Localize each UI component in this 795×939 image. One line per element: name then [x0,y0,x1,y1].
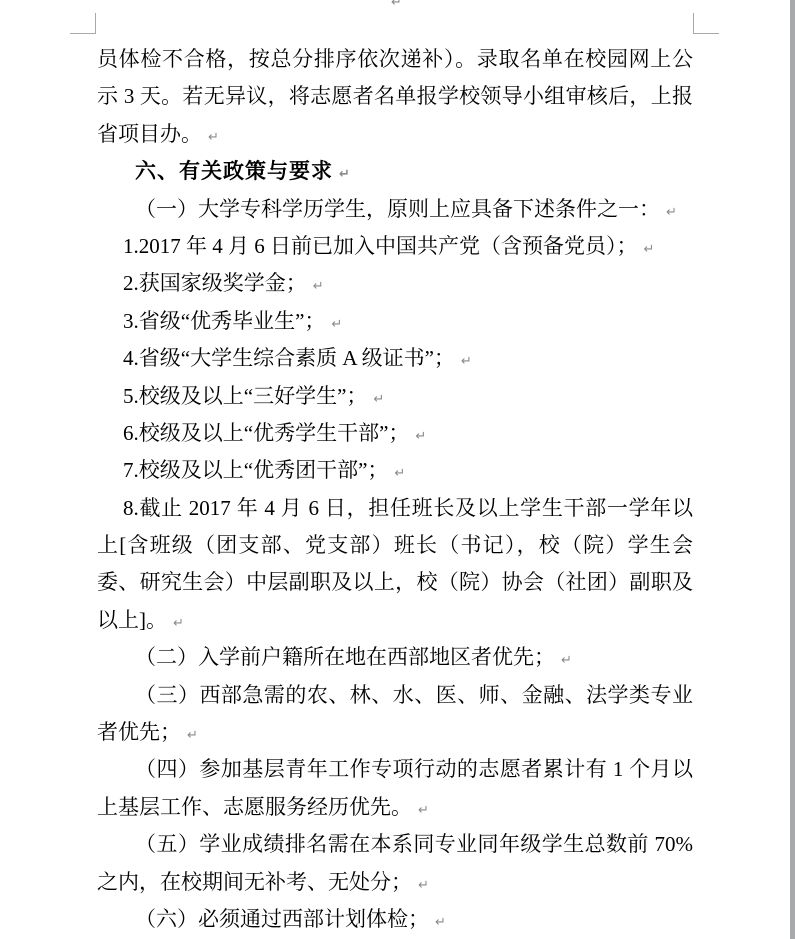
text-run: 省项目办。 [97,122,202,146]
text-run: 上基层工作、志愿服务经历优先。 [97,795,412,819]
paragraph-mark-icon: ↵ [644,242,655,257]
text-line[interactable]: 以上]。↵ [97,602,693,639]
text-line[interactable]: 员体检不合格，按总分排序依次递补）。录取名单在校园网上公 [97,41,693,78]
paragraph: 4.省级“大学生综合素质 A 级证书”；↵ [97,340,693,377]
text-line[interactable]: 8.截止 2017 年 4 月 6 日，担任班长及以上学生干部一学年以 [97,490,693,527]
paragraph-mark-icon: ↵ [418,878,429,893]
paragraph-mark-icon: ↵ [415,429,426,444]
paragraph-mark-icon: ↵ [313,279,324,294]
text-line[interactable]: 7.校级及以上“优秀团干部”；↵ [97,452,693,489]
paragraph: 6.校级及以上“优秀学生干部”；↵ [97,415,693,452]
paragraph: （三）西部急需的农、林、水、医、师、金融、法学类专业者优先；↵ [97,677,693,752]
text-line[interactable]: 省项目办。↵ [97,116,693,153]
paragraph-mark-icon: ↵ [331,317,342,332]
text-run: 上[含班级（团支部、党支部）班长（书记），校（院）学生会（团 [97,533,693,564]
text-line[interactable]: 者优先；↵ [97,714,693,751]
paragraph-mark-icon: ↵ [208,130,219,145]
text-line[interactable]: 2.获国家级奖学金；↵ [97,265,693,302]
document-page: ↵ 员体检不合格，按总分排序依次递补）。录取名单在校园网上公示 3 天。若无异议… [0,0,795,939]
text-line[interactable]: （六）必须通过西部计划体检；↵ [97,901,693,938]
paragraph: （六）必须通过西部计划体检；↵ [97,901,693,938]
text-run: 者优先； [97,720,181,744]
text-run: 8.截止 2017 年 4 月 6 日，担任班长及以上学生干部一学年以 [123,496,693,520]
paragraph-mark-icon: ↵ [435,915,446,930]
paragraph-mark-icon: ↵ [461,354,472,369]
text-run: 7.校级及以上“优秀团干部”； [123,458,388,482]
text-run: （五）学业成绩排名需在本系同专业同年级学生总数前 70% [135,832,693,856]
paragraph: （二）入学前户籍所在地在西部地区者优先；↵ [97,639,693,676]
paragraph-mark-icon: ↵ [666,205,677,220]
text-run: （二）入学前户籍所在地在西部地区者优先； [135,645,555,669]
paragraph: 8.截止 2017 年 4 月 6 日，担任班长及以上学生干部一学年以上[含班级… [97,490,693,640]
text-line[interactable]: 1.2017 年 4 月 6 日前已加入中国共产党（含预备党员）；↵ [97,228,693,265]
paragraph-mark-icon: ↵ [391,0,402,10]
text-line[interactable]: （三）西部急需的农、林、水、医、师、金融、法学类专业 [97,677,693,714]
text-run: （一）大学专科学历学生，原则上应具备下述条件之一： [135,197,660,221]
text-line[interactable]: （一）大学专科学历学生，原则上应具备下述条件之一：↵ [97,191,693,228]
paragraph-mark-icon: ↵ [394,466,405,481]
paragraph-mark-icon: ↵ [561,653,572,668]
crop-mark-top-right-icon [693,13,719,34]
text-run: 1.2017 年 4 月 6 日前已加入中国共产党（含预备党员）； [123,234,638,258]
window-background-strip [790,0,795,939]
text-line[interactable]: 6.校级及以上“优秀学生干部”；↵ [97,415,693,452]
text-run: 3.省级“优秀毕业生”； [123,309,325,333]
paragraph-mark-icon: ↵ [373,392,384,407]
section-heading: 六、有关政策与要求↵ [97,153,693,190]
text-run: 2.获国家级奖学金； [123,271,307,295]
paragraph: 2.获国家级奖学金；↵ [97,265,693,302]
text-run: 之内，在校期间无补考、无处分； [97,870,412,894]
paragraph-mark-icon: ↵ [187,728,198,743]
text-line[interactable]: （二）入学前户籍所在地在西部地区者优先；↵ [97,639,693,676]
paragraph-mark-icon: ↵ [418,803,429,818]
text-line[interactable]: 示 3 天。若无异议，将志愿者名单报学校领导小组审核后，上报 [97,78,693,115]
paragraph: （一）大学专科学历学生，原则上应具备下述条件之一：↵ [97,191,693,228]
text-line[interactable]: 六、有关政策与要求↵ [97,153,693,190]
text-line[interactable]: 上基层工作、志愿服务经历优先。↵ [97,789,693,826]
text-run: （六）必须通过西部计划体检； [135,907,429,931]
text-line[interactable]: 5.校级及以上“三好学生”；↵ [97,378,693,415]
paragraph: 3.省级“优秀毕业生”；↵ [97,303,693,340]
text-line[interactable]: （五）学业成绩排名需在本系同专业同年级学生总数前 70% [97,826,693,863]
text-run: 6.校级及以上“优秀学生干部”； [123,421,409,445]
text-run: 4.省级“大学生综合素质 A 级证书”； [123,346,455,370]
text-line[interactable]: 委、研究生会）中层副职及以上，校（院）协会（社团）副职及 [97,564,693,601]
text-line[interactable]: 上[含班级（团支部、党支部）班长（书记），校（院）学生会（团 [97,527,693,564]
text-run: （四）参加基层青年工作专项行动的志愿者累计有 1 个月以 [135,757,693,781]
document-body[interactable]: 员体检不合格，按总分排序依次递补）。录取名单在校园网上公示 3 天。若无异议，将… [97,41,693,938]
paragraph-mark-icon: ↵ [173,616,184,631]
paragraph: 1.2017 年 4 月 6 日前已加入中国共产党（含预备党员）；↵ [97,228,693,265]
text-run: 5.校级及以上“三好学生”； [123,384,367,408]
text-run: 以上]。 [97,608,167,632]
text-line[interactable]: 之内，在校期间无补考、无处分；↵ [97,864,693,901]
paragraph: 员体检不合格，按总分排序依次递补）。录取名单在校园网上公示 3 天。若无异议，将… [97,41,693,153]
text-run: （三）西部急需的农、林、水、医、师、金融、法学类专业 [135,683,693,707]
paragraph: 5.校级及以上“三好学生”；↵ [97,378,693,415]
text-run: 六、有关政策与要求 [135,160,333,183]
paragraph: 7.校级及以上“优秀团干部”；↵ [97,452,693,489]
text-run: 员体检不合格，按总分排序依次递补）。录取名单在校园网上公 [97,47,693,71]
text-run: 示 3 天。若无异议，将志愿者名单报学校领导小组审核后，上报 [97,84,693,108]
text-line[interactable]: 3.省级“优秀毕业生”；↵ [97,303,693,340]
paragraph: （四）参加基层青年工作专项行动的志愿者累计有 1 个月以上基层工作、志愿服务经历… [97,751,693,826]
text-run: 委、研究生会）中层副职及以上，校（院）协会（社团）副职及 [97,570,693,594]
text-line[interactable]: （四）参加基层青年工作专项行动的志愿者累计有 1 个月以 [97,751,693,788]
paragraph: （五）学业成绩排名需在本系同专业同年级学生总数前 70%之内，在校期间无补考、无… [97,826,693,901]
crop-mark-top-left-icon [70,13,96,34]
text-line[interactable]: 4.省级“大学生综合素质 A 级证书”；↵ [97,340,693,377]
paragraph-mark-icon: ↵ [339,167,351,182]
